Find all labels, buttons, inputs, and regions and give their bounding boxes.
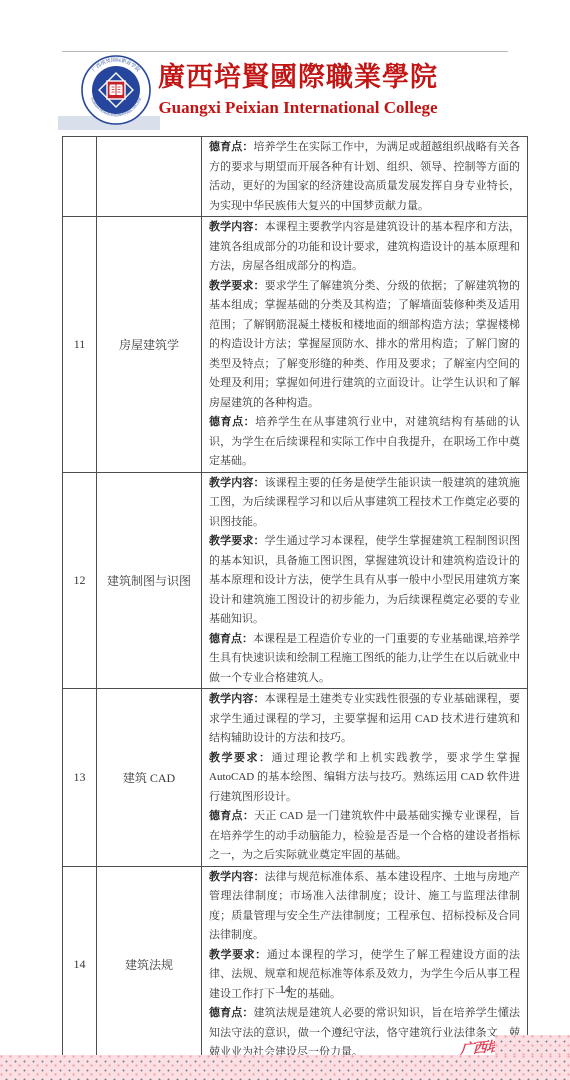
table-row: 13建筑 CAD教学内容：本课程是土建类专业实践性很强的专业基础课程，要求学生通… (63, 689, 528, 867)
description-paragraph: 德育点：天正 CAD 是一门建筑软件中最基础实操专业课程，旨在培养学生的动手动脑… (209, 807, 520, 866)
paragraph-label: 教学内容： (209, 221, 265, 233)
college-logo-icon: 广西培贤国际职业学院 GUANGXI PEIXIAN INTERNATIONAL… (80, 54, 152, 126)
college-name-en: Guangxi Peixian International College (156, 97, 440, 119)
course-name-cell (97, 137, 202, 217)
table-row: 11房屋建筑学教学内容：本课程主要教学内容是建筑设计的基本程序和方法，建筑各组成… (63, 217, 528, 473)
paragraph-label: 德育点： (209, 141, 253, 153)
course-number-cell: 11 (63, 217, 97, 473)
description-paragraph: 德育点：本课程是工程造价专业的一门重要的专业基础课,培养学生具有快速识读和绘制工… (209, 630, 520, 689)
description-paragraph: 德育点：培养学生在实际工作中，为满足或超越组织战略有关各方的要求与期望而开展各种… (209, 138, 520, 216)
paragraph-label: 教学要求： (209, 949, 267, 961)
paragraph-label: 德育点： (209, 633, 253, 645)
course-name-cell: 建筑 CAD (97, 689, 202, 867)
header-top-rule (62, 51, 508, 52)
table-row: 德育点：培养学生在实际工作中，为满足或超越组织战略有关各方的要求与期望而开展各种… (63, 137, 528, 217)
paragraph-label: 教学内容： (209, 477, 265, 489)
paragraph-label: 教学要求： (209, 752, 272, 764)
course-name-cell: 建筑制图与识图 (97, 472, 202, 689)
description-paragraph: 德育点：培养学生在从事建筑行业中，对建筑结构有基础的认识，为学生在后续课程和实际… (209, 413, 520, 472)
paragraph-label: 教学要求： (209, 535, 265, 547)
college-name-zh: 廣西培賢國際職業學院 (156, 57, 440, 97)
book-icon (110, 85, 123, 96)
paragraph-label: 教学要求： (209, 280, 265, 292)
course-description-cell: 教学内容：法律与规范标准体系、基本建设程序、土地与房地产管理法律制度；市场准入法… (202, 866, 528, 1063)
course-number-cell: 13 (63, 689, 97, 867)
course-description-cell: 教学内容：本课程主要教学内容是建筑设计的基本程序和方法，建筑各组成部分的功能和设… (202, 217, 528, 473)
college-title-block: 廣西培賢國際職業學院 Guangxi Peixian International… (156, 57, 440, 119)
description-paragraph: 教学内容：本课程主要教学内容是建筑设计的基本程序和方法，建筑各组成部分的功能和设… (209, 218, 520, 277)
paragraph-label: 德育点： (209, 1007, 253, 1019)
pink-hatch-corner (495, 1035, 570, 1057)
course-description-cell: 教学内容：本课程是土建类专业实践性很强的专业基础课程，要求学生通过课程的学习，主… (202, 689, 528, 867)
paragraph-label: 教学内容： (209, 693, 265, 705)
description-paragraph: 教学要求：通过理论教学和上机实践教学，要求学生掌握 AutoCAD 的基本绘图、… (209, 749, 520, 808)
table-row: 12建筑制图与识图教学内容：该课程主要的任务是使学生能识读一般建筑的建筑施工图，… (63, 472, 528, 689)
paragraph-label: 德育点： (209, 416, 255, 428)
description-paragraph: 教学要求：学生通过学习本课程，使学生掌握建筑工程制图识图的基本知识，具备施工图识… (209, 532, 520, 630)
page-number: 14 (0, 982, 570, 997)
course-table: 德育点：培养学生在实际工作中，为满足或超越组织战略有关各方的要求与期望而开展各种… (62, 136, 528, 1064)
description-paragraph: 教学内容：该课程主要的任务是使学生能识读一般建筑的建筑施工图，为后续课程学习和以… (209, 474, 520, 533)
course-number-cell: 12 (63, 472, 97, 689)
description-paragraph: 教学内容：法律与规范标准体系、基本建设程序、土地与房地产管理法律制度；市场准入法… (209, 868, 520, 946)
course-number-cell (63, 137, 97, 217)
document-page: 广西培贤国际职业学院 GUANGXI PEIXIAN INTERNATIONAL… (0, 0, 570, 1080)
course-table-body: 德育点：培养学生在实际工作中，为满足或超越组织战略有关各方的要求与期望而开展各种… (63, 137, 528, 1064)
course-name-cell: 房屋建筑学 (97, 217, 202, 473)
description-paragraph: 教学内容：本课程是土建类专业实践性很强的专业基础课程，要求学生通过课程的学习，主… (209, 690, 520, 749)
course-name-cell: 建筑法规 (97, 866, 202, 1063)
course-description-cell: 德育点：培养学生在实际工作中，为满足或超越组织战略有关各方的要求与期望而开展各种… (202, 137, 528, 217)
paragraph-label: 德育点： (209, 810, 254, 822)
description-paragraph: 教学要求：要求学生了解建筑分类、分级的依据；了解建筑物的基本组成；掌握基础的分类… (209, 277, 520, 414)
course-number-cell: 14 (63, 866, 97, 1063)
table-row: 14建筑法规教学内容：法律与规范标准体系、基本建设程序、土地与房地产管理法律制度… (63, 866, 528, 1063)
paragraph-label: 教学内容： (209, 871, 265, 883)
pink-hatch-band (0, 1055, 570, 1080)
course-description-cell: 教学内容：该课程主要的任务是使学生能识读一般建筑的建筑施工图，为后续课程学习和以… (202, 472, 528, 689)
